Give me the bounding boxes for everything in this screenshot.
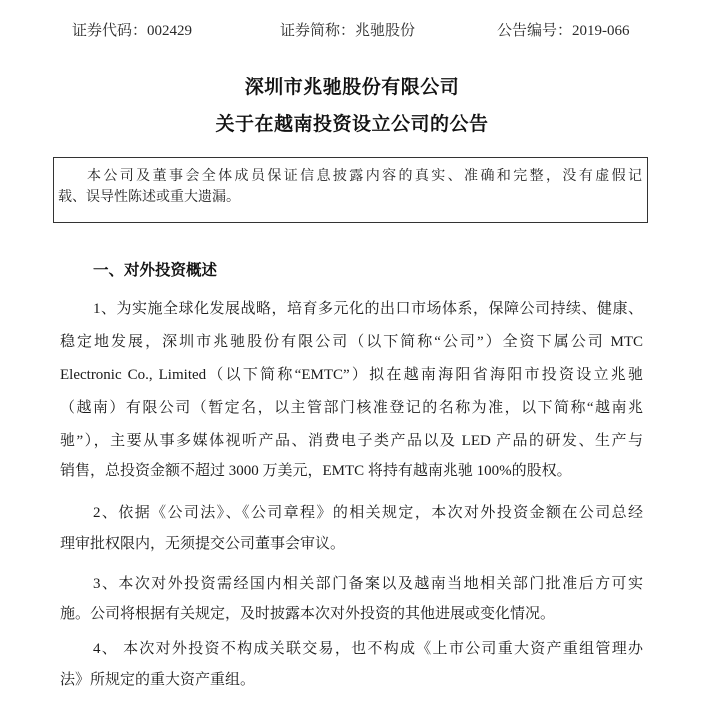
announcement-page: 证券代码：002429 证券简称：兆驰股份 公告编号：2019-066 深圳市兆… bbox=[0, 0, 722, 704]
paragraph-line: 理审批权限内，无须提交公司董事会审议。 bbox=[60, 533, 643, 555]
paragraph-line: 销售，总投资金额不超过 3000 万美元，EMTC 将持有越南兆驰 100%的股… bbox=[60, 460, 643, 482]
paragraph-line: 驰”），主要从事多媒体视听产品、消费电子类产品以及 LED 产品的研发、生产与 bbox=[60, 430, 643, 452]
company-title: 深圳市兆驰股份有限公司 bbox=[0, 74, 704, 100]
paragraph-line: Electronic Co., Limited（以下简称“EMTC”）拟在越南海… bbox=[60, 364, 643, 386]
paragraph-line: 4、 本次对外投资不构成关联交易，也不构成《上市公司重大资产重组管理办 bbox=[93, 638, 643, 660]
notice-line: 载、误导性陈述或重大遗漏。 bbox=[58, 187, 642, 207]
section-heading: 一、对外投资概述 bbox=[93, 259, 217, 281]
paragraph-line: （越南）有限公司（暂定名，以主管部门核准登记的名称为准，以下简称“越南兆 bbox=[60, 397, 643, 419]
paragraph-line: 稳定地发展，深圳市兆驰股份有限公司（以下简称“公司”）全资下属公司 MTC bbox=[60, 331, 643, 353]
paragraph-line: 1、为实施全球化发展战略，培育多元化的出口市场体系，保障公司持续、健康、 bbox=[93, 298, 643, 320]
stock-code: 证券代码：002429 bbox=[72, 20, 192, 42]
announcement-subject: 关于在越南投资设立公司的公告 bbox=[0, 111, 704, 137]
announcement-number: 公告编号：2019-066 bbox=[497, 20, 630, 42]
paragraph-line: 法》所规定的重大资产重组。 bbox=[60, 669, 643, 691]
notice-line: 本公司及董事会全体成员保证信息披露内容的真实、准确和完整，没有虚假记 bbox=[87, 166, 642, 186]
stock-abbreviation: 证券简称：兆驰股份 bbox=[280, 20, 415, 42]
paragraph-line: 施。公司将根据有关规定，及时披露本次对外投资的其他进展或变化情况。 bbox=[60, 603, 643, 625]
paragraph-line: 2、依据《公司法》、《公司章程》的相关规定，本次对外投资金额在公司总经 bbox=[93, 502, 643, 524]
paragraph-line: 3、本次对外投资需经国内相关部门备案以及越南当地相关部门批准后方可实 bbox=[93, 573, 643, 595]
